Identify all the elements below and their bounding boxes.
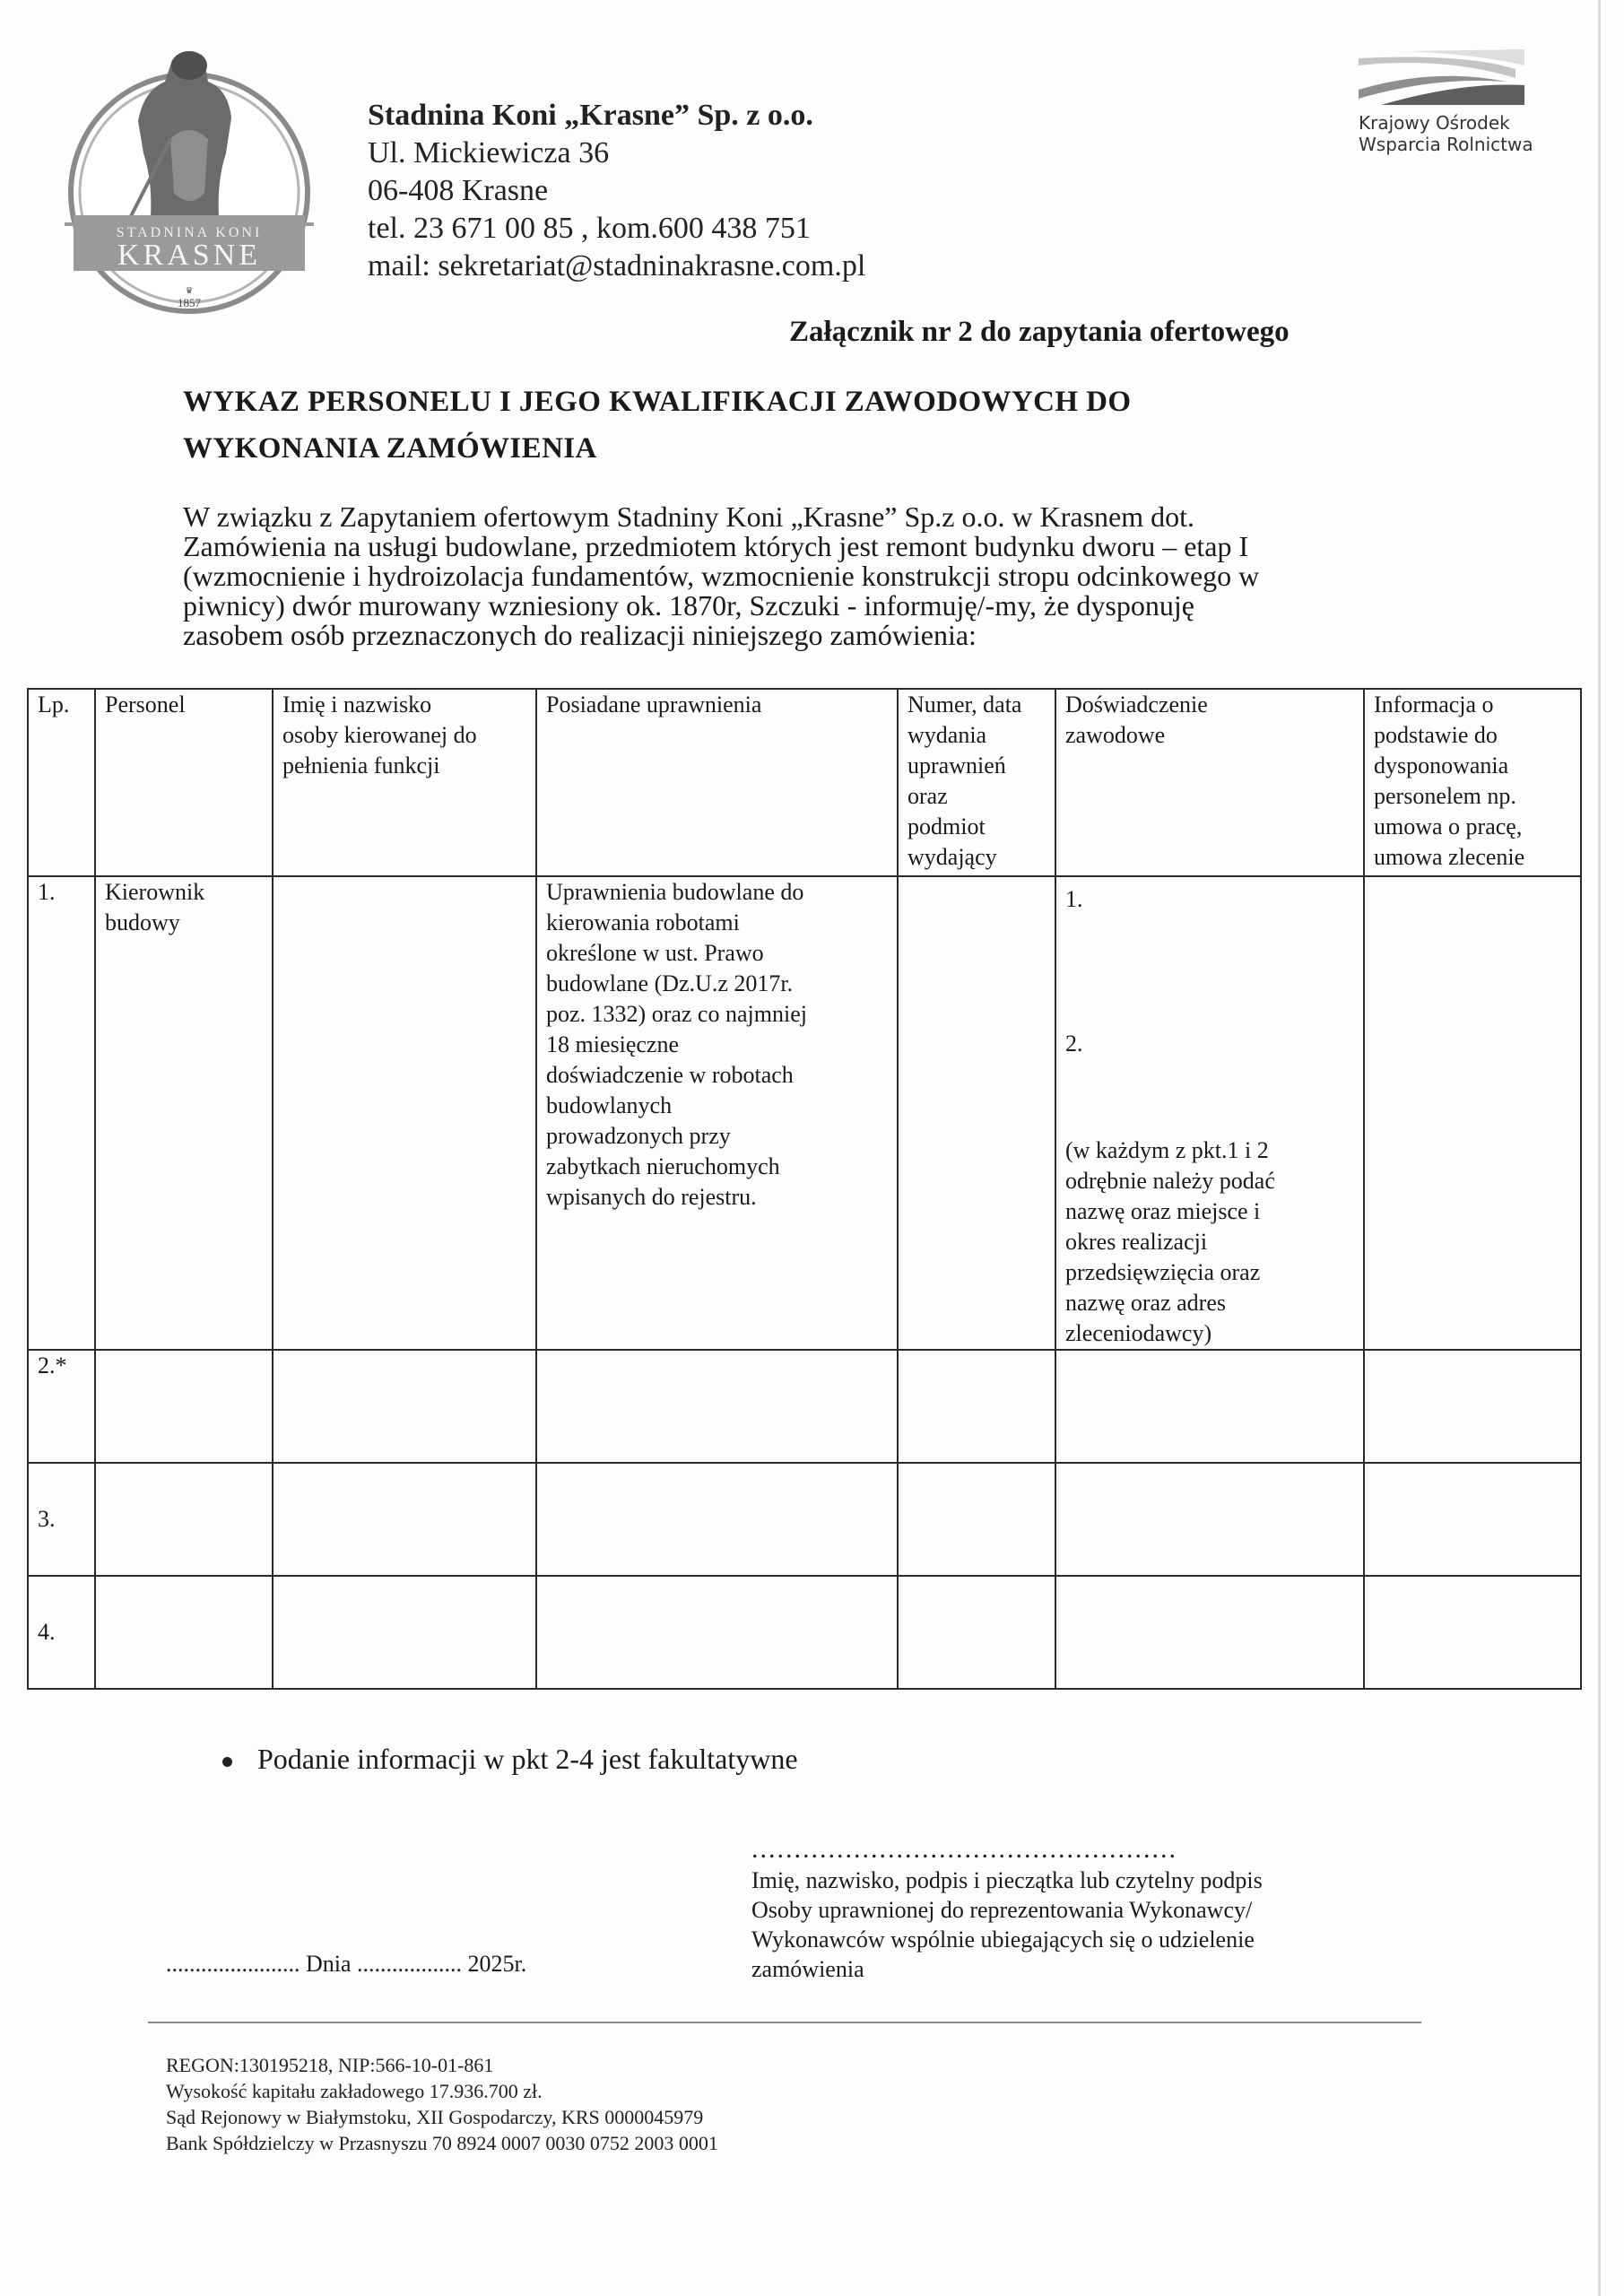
- header-personnel: Personel: [95, 689, 273, 876]
- table-header-row: Lp. Personel Imię i nazwiskoosoby kierow…: [28, 689, 1581, 876]
- attachment-label: Załącznik nr 2 do zapytania ofertowego: [789, 316, 1290, 349]
- table-row: 3.: [28, 1463, 1581, 1576]
- kowr-name-line2: Wsparcia Rolnictwa: [1359, 134, 1533, 155]
- phone: tel. 23 671 00 85 , kom.600 438 751: [368, 210, 865, 248]
- footer-divider: [148, 2022, 1421, 2023]
- intro-line: zasobem osób przeznaczonych do realizacj…: [183, 621, 1456, 650]
- header-lp: Lp.: [28, 689, 95, 876]
- intro-line: piwnicy) dwór murowany wzniesiony ok. 18…: [183, 591, 1456, 621]
- cell-name-input[interactable]: [273, 1463, 536, 1576]
- cell-license-input[interactable]: [898, 1576, 1055, 1689]
- cell-lp: 3.: [28, 1463, 95, 1576]
- cell-qualifications: Uprawnienia budowlane do kierowania robo…: [536, 876, 898, 1350]
- cell-name-input[interactable]: [273, 876, 536, 1350]
- cell-experience-input[interactable]: [1055, 1463, 1364, 1576]
- cell-lp: 2.*: [28, 1350, 95, 1463]
- cell-name-input[interactable]: [273, 1576, 536, 1689]
- table-row: 4.: [28, 1576, 1581, 1689]
- postal-city: 06-408 Krasne: [368, 172, 865, 210]
- header-qualifications: Posiadane uprawnienia: [536, 689, 898, 876]
- street-address: Ul. Mickiewicza 36: [368, 135, 865, 172]
- header-license-number: Numer, datawydaniauprawnieńorazpodmiotwy…: [898, 689, 1055, 876]
- document-title: WYKAZ PERSONELU I JEGO KWALIFIKACJI ZAWO…: [183, 378, 1131, 472]
- cell-personnel-input[interactable]: [95, 1463, 273, 1576]
- caption-line: Osoby uprawnionej do reprezentowania Wyk…: [751, 1895, 1263, 1925]
- cell-name-input[interactable]: [273, 1350, 536, 1463]
- cell-license-input[interactable]: [898, 1350, 1055, 1463]
- caption-line: Wykonawców wspólnie ubiegających się o u…: [751, 1925, 1263, 1954]
- cell-experience[interactable]: 1. 2. (w każdym z pkt.1 i 2 odrębnie nal…: [1055, 876, 1364, 1350]
- svg-text:1857: 1857: [178, 296, 202, 309]
- signature-caption: Imię, nazwisko, podpis i pieczątka lub c…: [751, 1865, 1263, 1984]
- personnel-table: Lp. Personel Imię i nazwiskoosoby kierow…: [27, 688, 1582, 1690]
- header-basis: Informacja opodstawie dodysponowaniapers…: [1364, 689, 1581, 876]
- caption-line: zamówienia: [751, 1954, 1263, 1984]
- scan-edge-shadow: [1598, 0, 1601, 2296]
- footer-line: Wysokość kapitału zakładowego 17.936.700…: [166, 2078, 718, 2104]
- intro-line: W związku z Zapytaniem ofertowym Stadnin…: [183, 502, 1456, 532]
- cell-lp: 1.: [28, 876, 95, 1350]
- bullet-icon: [222, 1757, 232, 1767]
- stadnina-krasne-logo: STADNINA KONI KRASNE ♛ 1857: [65, 40, 314, 318]
- cell-basis-input[interactable]: [1364, 1350, 1581, 1463]
- svg-text:KRASNE: KRASNE: [117, 239, 261, 272]
- note-text: Podanie informacji w pkt 2-4 jest fakult…: [257, 1743, 798, 1775]
- cell-personnel: Kierownikbudowy: [95, 876, 273, 1350]
- kowr-logo: Krajowy Ośrodek Wsparcia Rolnictwa: [1354, 49, 1547, 170]
- cell-license-input[interactable]: [898, 876, 1055, 1350]
- kowr-name-line1: Krajowy Ośrodek: [1359, 112, 1533, 134]
- table-row: 1. Kierownikbudowy Uprawnienia budowlane…: [28, 876, 1581, 1350]
- organization-name: Stadnina Koni „Krasne” Sp. z o.o.: [368, 97, 865, 135]
- email: mail: sekretariat@stadninakrasne.com.pl: [368, 248, 865, 285]
- letterhead: Stadnina Koni „Krasne” Sp. z o.o. Ul. Mi…: [368, 97, 865, 285]
- cell-experience-input[interactable]: [1055, 1576, 1364, 1689]
- svg-text:♛: ♛: [186, 286, 194, 296]
- place-date-field[interactable]: ....................... Dnia ...........…: [166, 1951, 526, 1978]
- caption-line: Imię, nazwisko, podpis i pieczątka lub c…: [751, 1865, 1263, 1895]
- cell-qualifications-input[interactable]: [536, 1463, 898, 1576]
- table-row: 2.*: [28, 1350, 1581, 1463]
- kowr-waves-icon: [1354, 49, 1547, 112]
- intro-paragraph: W związku z Zapytaniem ofertowym Stadnin…: [183, 502, 1456, 650]
- title-line-2: WYKONANIA ZAMÓWIENIA: [183, 425, 1131, 472]
- intro-line: Zamówienia na usługi budowlane, przedmio…: [183, 532, 1456, 561]
- cell-personnel-input[interactable]: [95, 1576, 273, 1689]
- cell-basis-input[interactable]: [1364, 1576, 1581, 1689]
- company-footer: REGON:130195218, NIP:566-10-01-861 Wysok…: [166, 2052, 718, 2156]
- cell-basis-input[interactable]: [1364, 1463, 1581, 1576]
- cell-license-input[interactable]: [898, 1463, 1055, 1576]
- footer-line: REGON:130195218, NIP:566-10-01-861: [166, 2052, 718, 2078]
- header-experience: Doświadczeniezawodowe: [1055, 689, 1364, 876]
- cell-personnel-input[interactable]: [95, 1350, 273, 1463]
- cell-qualifications-input[interactable]: [536, 1576, 898, 1689]
- footer-line: Bank Spółdzielczy w Przasnyszu 70 8924 0…: [166, 2130, 718, 2156]
- header-name: Imię i nazwiskoosoby kierowanej dopełnie…: [273, 689, 536, 876]
- cell-experience-input[interactable]: [1055, 1350, 1364, 1463]
- intro-line: (wzmocnienie i hydroizolacja fundamentów…: [183, 561, 1456, 591]
- cell-lp: 4.: [28, 1576, 95, 1689]
- footer-line: Sąd Rejonowy w Białymstoku, XII Gospodar…: [166, 2104, 718, 2130]
- cell-basis-input[interactable]: [1364, 876, 1581, 1350]
- signature-line[interactable]: ........................................…: [751, 1834, 1177, 1865]
- optional-info-note: Podanie informacji w pkt 2-4 jest fakult…: [222, 1743, 798, 1776]
- cell-qualifications-input[interactable]: [536, 1350, 898, 1463]
- title-line-1: WYKAZ PERSONELU I JEGO KWALIFIKACJI ZAWO…: [183, 378, 1131, 425]
